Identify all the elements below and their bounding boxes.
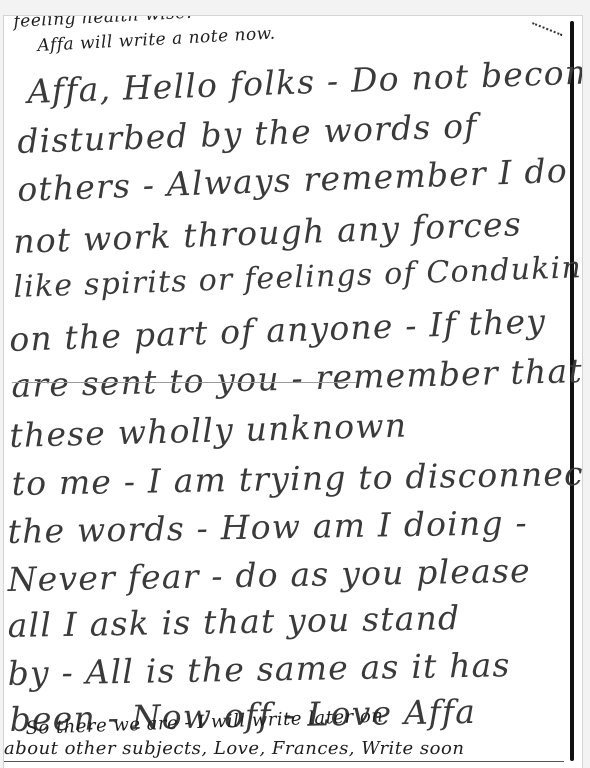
- handwritten-line-11: to me - I am trying to disconnect: [11, 454, 583, 503]
- letter-page: feeling health wise? Affa will write a n…: [3, 15, 583, 768]
- handwritten-line-12: the words - How am I doing -: [7, 503, 528, 551]
- handwritten-line-4: disturbed by the words of: [17, 106, 479, 161]
- right-margin-rule: [570, 21, 574, 761]
- handwritten-line-18: about other subjects, Love, Frances, Wri…: [4, 738, 464, 759]
- handwritten-line-8: on the part of anyone - If they: [9, 301, 547, 359]
- handwritten-line-14: all I ask is that you stand: [7, 598, 460, 645]
- document-viewer: feeling health wise? Affa will write a n…: [0, 0, 590, 768]
- handwritten-line-15: by - All is the same as it has: [7, 645, 511, 693]
- handwritten-line-10: these wholly unknown: [9, 406, 408, 455]
- handwritten-line-6: not work through any forces: [13, 204, 523, 261]
- handwritten-line-3: Affa, Hello folks - Do not become: [27, 51, 583, 111]
- handwritten-line-9: are sent to you - remember that: [11, 351, 583, 405]
- handwritten-line-5: others - Always remember I do: [17, 151, 569, 209]
- handwritten-line-13: Never fear - do as you please: [7, 551, 531, 599]
- underline-rule: [12, 382, 357, 383]
- corner-mark: [531, 22, 562, 38]
- bottom-rule: [4, 761, 564, 762]
